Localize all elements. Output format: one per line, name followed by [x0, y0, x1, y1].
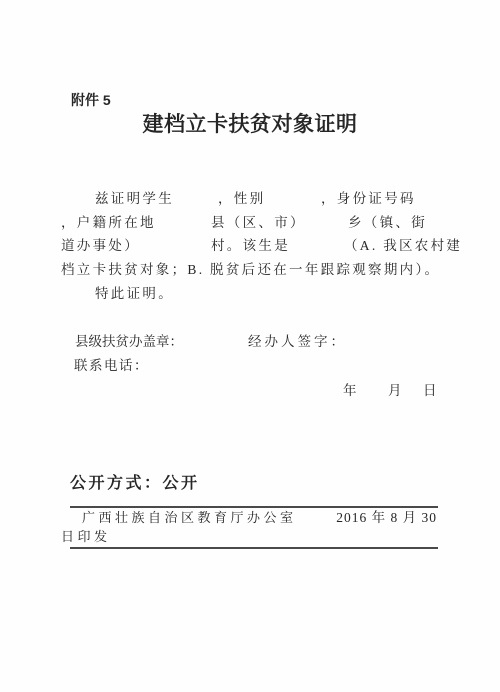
document-title: 建档立卡扶贫对象证明 — [0, 114, 500, 135]
township-label: 乡（镇、街 — [348, 216, 427, 230]
certify-statement: 特此证明。 — [95, 287, 174, 301]
attachment-label: 附件 5 — [71, 93, 111, 107]
village-label: 村。该生是 — [211, 239, 290, 253]
day-label: 日 — [423, 384, 437, 398]
issue-date: 2016 年 8 月 30 — [336, 511, 437, 525]
issue-date-continued: 日印发 — [61, 530, 111, 543]
residence-label: ，户籍所在地 — [61, 216, 156, 230]
year-label: 年 — [343, 384, 357, 398]
option-a-start-text: （A. 我区农村建 — [344, 239, 462, 253]
id-number-label: ，身份证号码 — [321, 192, 416, 206]
certify-student-label: 兹证明学生 — [95, 192, 174, 206]
footer-rule-bottom — [70, 547, 438, 549]
county-label: 县（区、市） — [211, 216, 306, 230]
disclosure-method: 公开方式：公开 — [70, 476, 200, 492]
phone-label: 联系电话： — [74, 359, 149, 373]
footer-rule-top — [70, 506, 438, 508]
scanned-certificate-page: 附件 5 建档立卡扶贫对象证明 兹证明学生 ，性别 ，身份证号码 ，户籍所在地 … — [0, 0, 500, 692]
issuer-name: 广西壮族自治区教育厅办公室 — [82, 511, 297, 524]
subdistrict-label: 道办事处） — [61, 239, 140, 253]
option-ab-text: 档立卡扶贫对象；B. 脱贫后还在一年跟踪观察期内）。 — [61, 263, 440, 277]
seal-label: 县级扶贫办盖章： — [75, 335, 183, 349]
month-label: 月 — [388, 384, 402, 398]
handler-signature-label: 经办人签字： — [248, 335, 347, 349]
gender-label: ，性别 — [218, 192, 265, 206]
